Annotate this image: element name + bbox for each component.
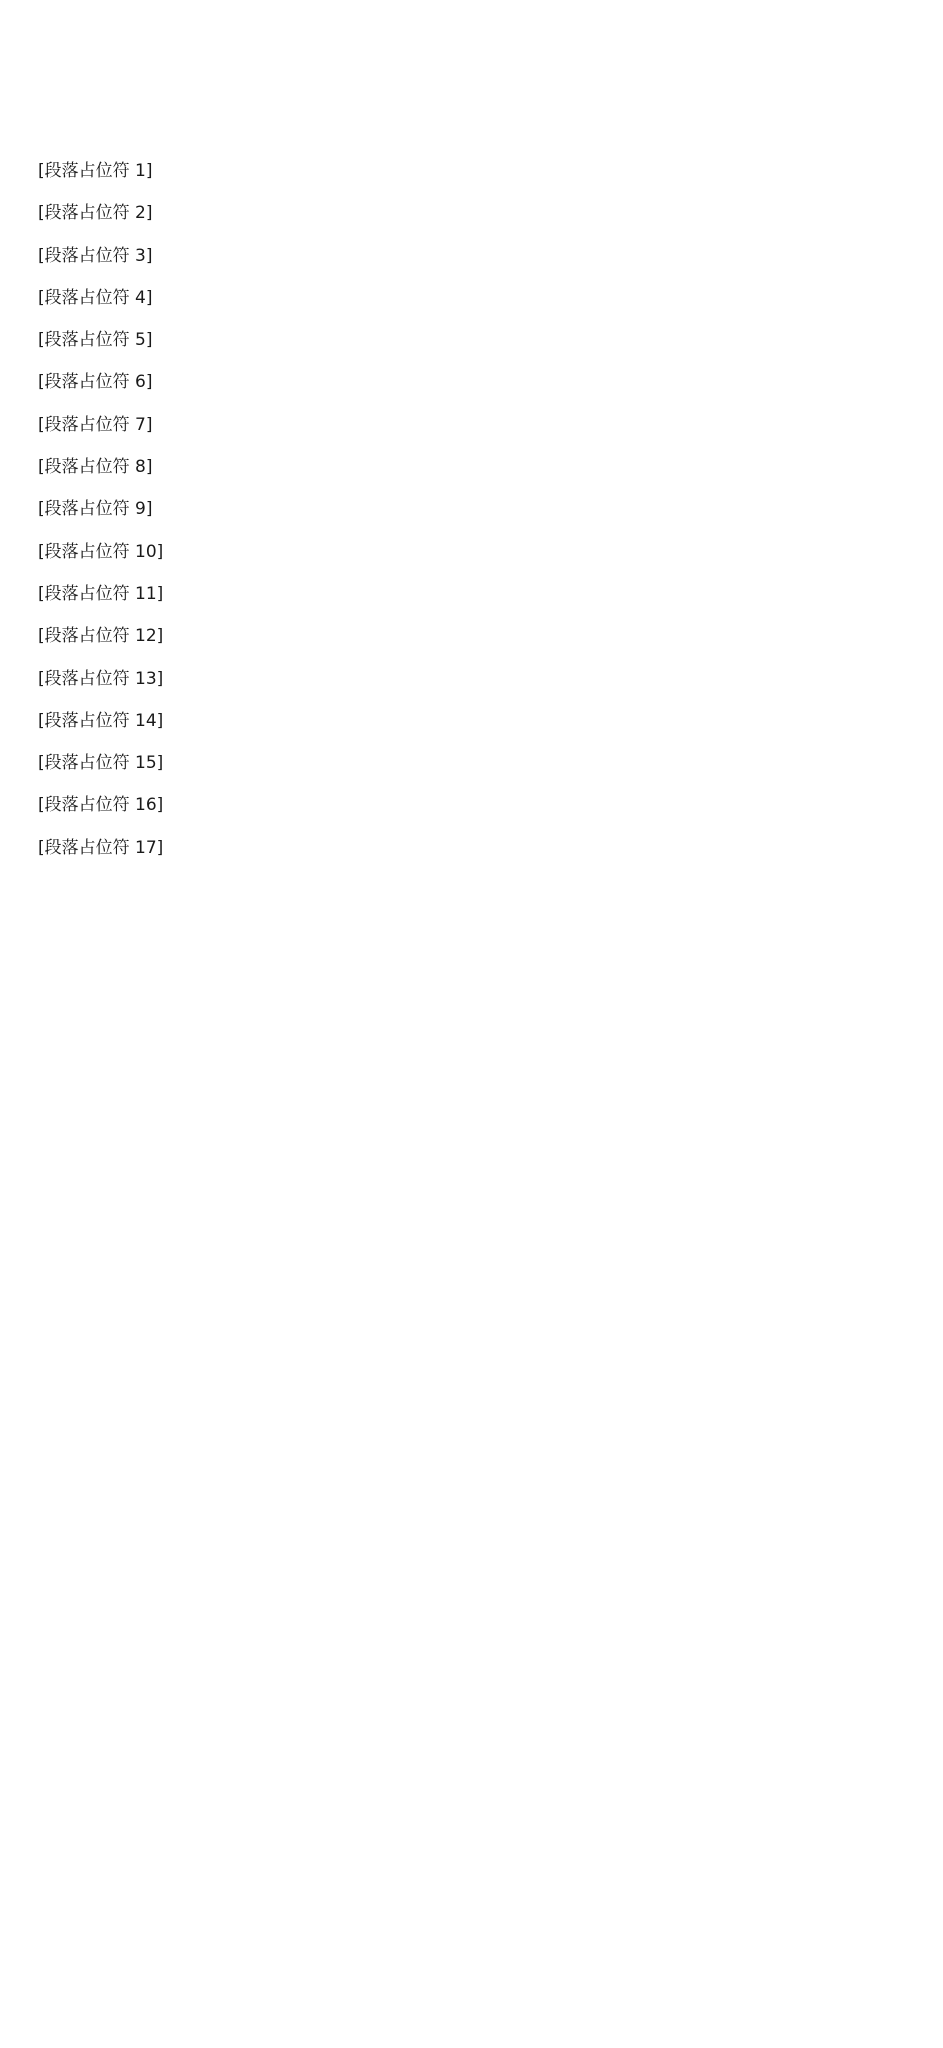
paragraph: [段落占位符 10] — [38, 536, 905, 568]
document-page: [段落占位符 1][段落占位符 2][段落占位符 3][段落占位符 4][段落占… — [0, 0, 943, 2048]
paragraph: [段落占位符 11] — [38, 578, 905, 610]
paragraph: [段落占位符 2] — [38, 197, 905, 229]
paragraph: [段落占位符 3] — [38, 240, 905, 272]
paragraph: [段落占位符 5] — [38, 324, 905, 356]
text-body: [段落占位符 1][段落占位符 2][段落占位符 3][段落占位符 4][段落占… — [38, 155, 905, 864]
paragraph: [段落占位符 8] — [38, 451, 905, 483]
paragraph: [段落占位符 15] — [38, 747, 905, 779]
paragraph: [段落占位符 6] — [38, 366, 905, 398]
paragraph: [段落占位符 7] — [38, 409, 905, 441]
paragraph: [段落占位符 4] — [38, 282, 905, 314]
paragraph: [段落占位符 12] — [38, 620, 905, 652]
paragraph: [段落占位符 9] — [38, 493, 905, 525]
paragraph: [段落占位符 1] — [38, 155, 905, 187]
paragraph: [段落占位符 17] — [38, 832, 905, 864]
paragraph: [段落占位符 13] — [38, 663, 905, 695]
paragraph: [段落占位符 14] — [38, 705, 905, 737]
paragraph: [段落占位符 16] — [38, 789, 905, 821]
